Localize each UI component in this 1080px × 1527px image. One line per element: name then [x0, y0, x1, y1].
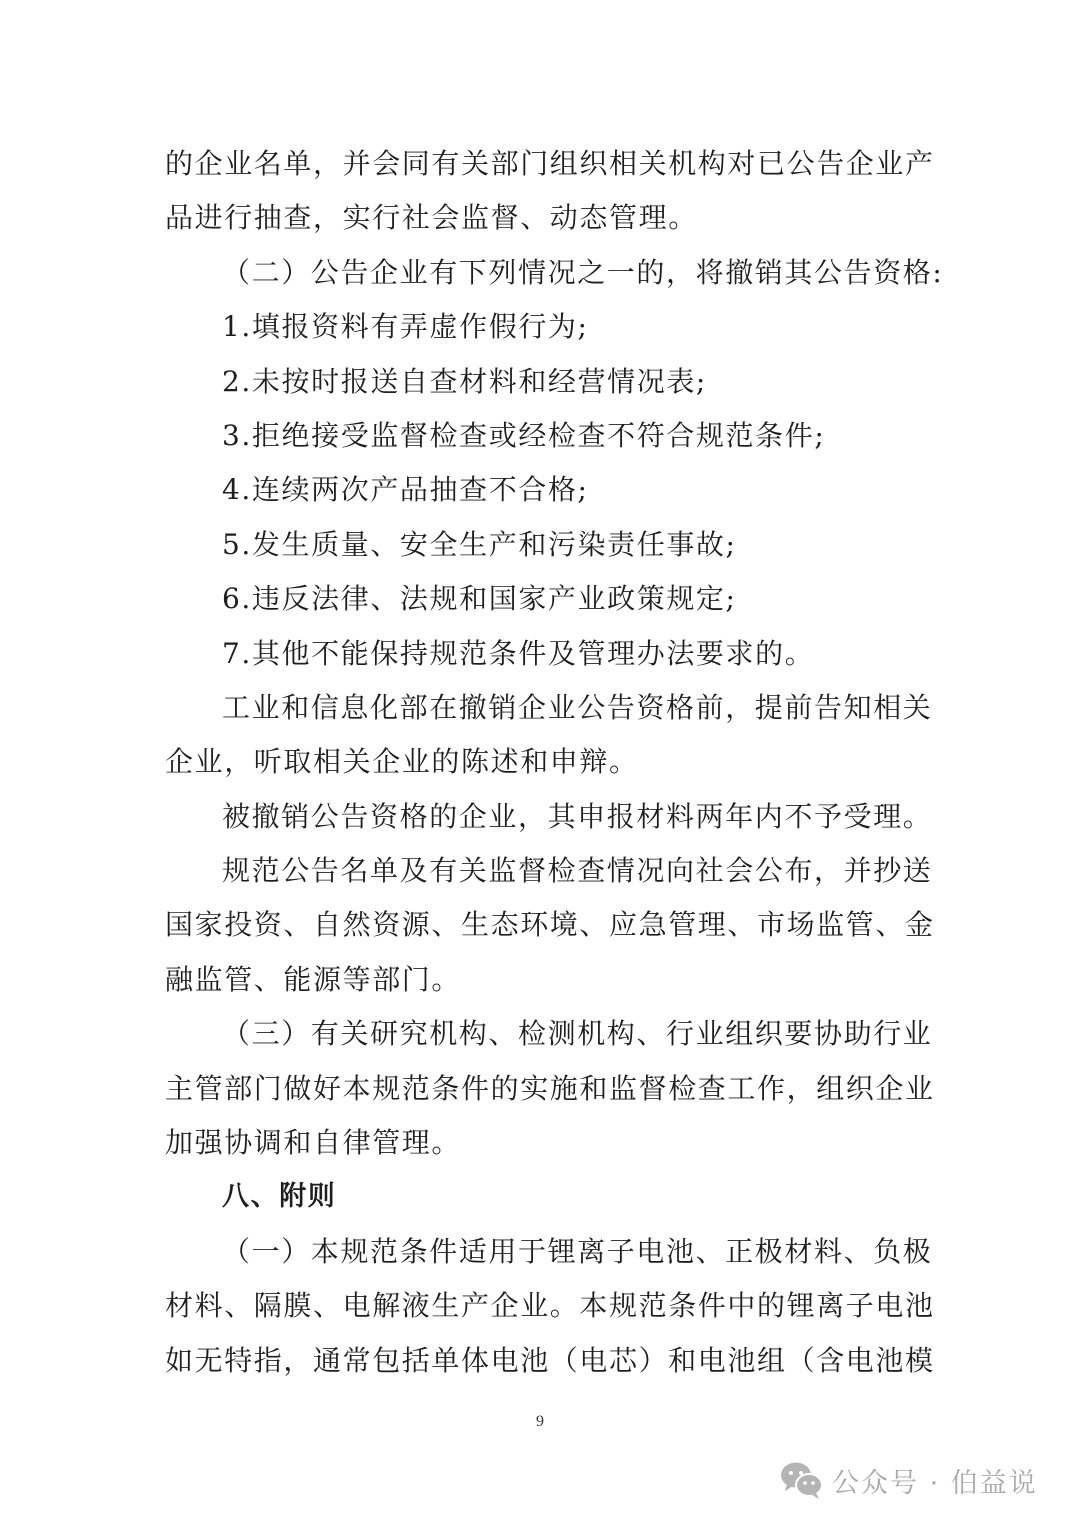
section-heading: 八、附则 [165, 1170, 917, 1224]
text-line: 品进行抽查，实行社会监督、动态管理。 [165, 191, 917, 245]
list-item: 3.拒绝接受监督检查或经检查不符合规范条件; [165, 409, 917, 463]
text-line: （一）本规范条件适用于锂离子电池、正极材料、负极 [165, 1225, 917, 1279]
text-line: （二）公告企业有下列情况之一的，将撤销其公告资格: [165, 246, 917, 300]
text-line: 被撤销公告资格的企业，其申报材料两年内不予受理。 [165, 790, 917, 844]
list-item: 1.填报资料有弄虚作假行为; [165, 300, 917, 354]
page-number: 9 [0, 1413, 1080, 1431]
text-line: 规范公告名单及有关监督检查情况向社会公布，并抄送 [165, 844, 917, 898]
watermark: 公众号 · 伯益说 [780, 1458, 1038, 1502]
text-line: 国家投资、自然资源、生态环境、应急管理、市场监管、金 [165, 898, 917, 952]
list-item: 6.违反法律、法规和国家产业政策规定; [165, 572, 917, 626]
document-page: 的企业名单，并会同有关部门组织相关机构对已公告企业产 品进行抽查，实行社会监督、… [165, 137, 917, 1388]
text-line: 主管部门做好本规范条件的实施和监督检查工作，组织企业 [165, 1062, 917, 1116]
text-line: 企业，听取相关企业的陈述和申辩。 [165, 735, 917, 789]
list-item: 5.发生质量、安全生产和污染责任事故; [165, 518, 917, 572]
list-item: 7.其他不能保持规范条件及管理办法要求的。 [165, 627, 917, 681]
text-line: 加强协调和自律管理。 [165, 1116, 917, 1170]
list-item: 2.未按时报送自查材料和经营情况表; [165, 355, 917, 409]
text-line: 融监管、能源等部门。 [165, 953, 917, 1007]
text-line: 材料、隔膜、电解液生产企业。本规范条件中的锂离子电池 [165, 1279, 917, 1333]
watermark-text: 公众号 · 伯益说 [832, 1461, 1038, 1500]
text-line: 如无特指，通常包括单体电池（电芯）和电池组（含电池模 [165, 1334, 917, 1388]
list-item: 4.连续两次产品抽查不合格; [165, 463, 917, 517]
text-line: 工业和信息化部在撤销企业公告资格前，提前告知相关 [165, 681, 917, 735]
wechat-icon [780, 1460, 824, 1500]
text-line: 的企业名单，并会同有关部门组织相关机构对已公告企业产 [165, 137, 917, 191]
text-line: （三）有关研究机构、检测机构、行业组织要协助行业 [165, 1007, 917, 1061]
